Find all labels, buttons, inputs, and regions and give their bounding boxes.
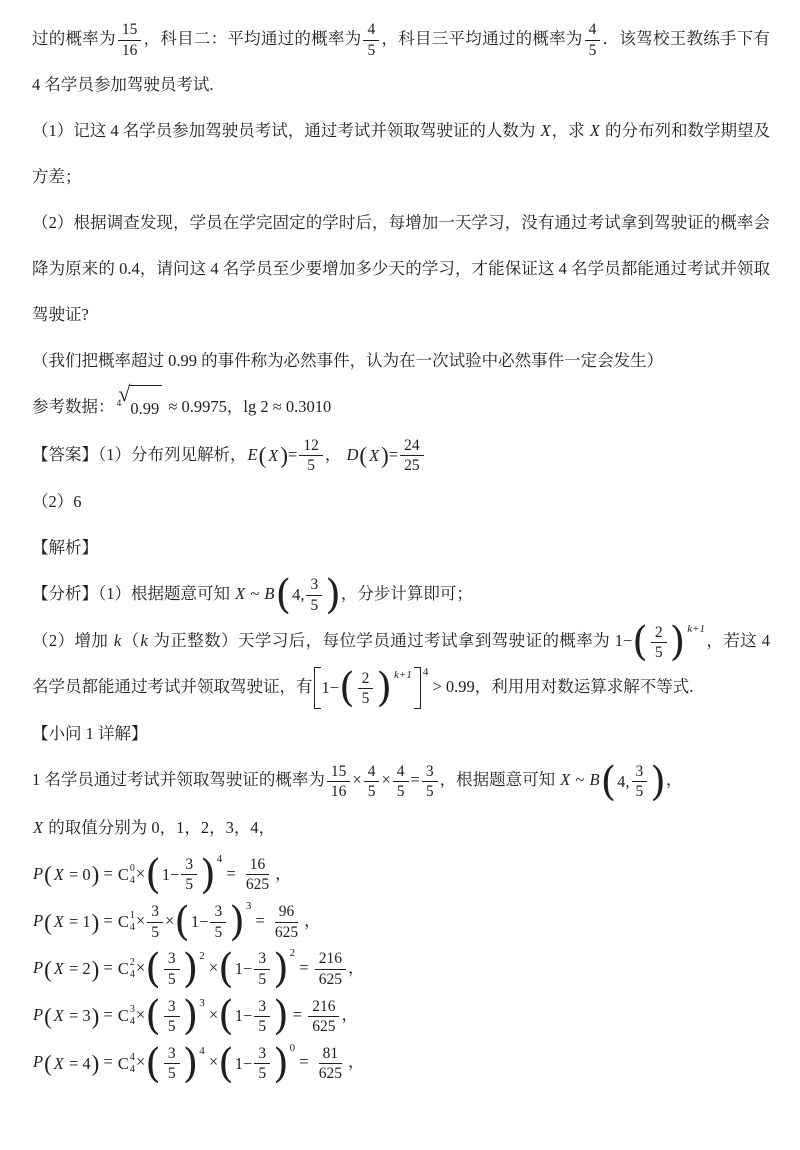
right-paren: ) <box>183 1044 199 1084</box>
denominator: 5 <box>303 456 319 475</box>
text-run: = <box>289 1005 307 1024</box>
numerator: 24 <box>400 436 424 456</box>
numerator: 81 <box>319 1044 343 1064</box>
numerator: 12 <box>299 436 323 456</box>
section-jiexi: 【解析】 <box>32 525 770 571</box>
text-run: （ <box>122 631 139 650</box>
numerator: 216 <box>315 949 346 969</box>
left-paren: ( <box>632 622 648 662</box>
text-run: = <box>99 1005 117 1024</box>
fraction: 35 <box>164 1044 180 1084</box>
fraction: 1516 <box>118 20 142 60</box>
text-run: × <box>136 911 145 930</box>
math-var: X <box>53 852 65 898</box>
combination-superscript: 0 <box>130 863 135 875</box>
numerator: 3 <box>306 575 322 595</box>
paren-group: (35)3 <box>145 996 204 1036</box>
group-content: 35 <box>161 949 183 989</box>
denominator: 5 <box>422 782 438 801</box>
right-paren: ) <box>183 996 199 1036</box>
left-paren: ( <box>145 855 161 895</box>
text-run: = <box>295 958 313 977</box>
denominator: 5 <box>585 41 601 60</box>
math-var: X <box>234 584 246 603</box>
combination-scripts: 14 <box>130 910 135 934</box>
denominator: 5 <box>632 782 648 801</box>
paren-group: (1−35)3 <box>174 899 251 945</box>
math-var: X <box>589 121 601 140</box>
text-run: （2）根据调查发现，学员在学完固定的学时后，每增加一天学习，没有通过考试拿到驾驶… <box>32 213 770 324</box>
analysis-2: （2）增加 k（k 为正整数）天学习后，每位学员通过考试拿到驾驶证的概率为 1−… <box>32 618 770 711</box>
paren-group: (25)k+1 <box>632 622 706 662</box>
paren-group: (4,35) <box>276 572 341 618</box>
denominator: 5 <box>164 1064 180 1083</box>
numerator: 96 <box>275 902 299 922</box>
denominator: 5 <box>164 1017 180 1036</box>
fraction: 1516 <box>327 762 351 802</box>
bracket-group: 1−(25)k+14 <box>313 665 429 711</box>
numerator: 2 <box>651 623 667 643</box>
paren-group: (X = 4) <box>44 1041 99 1087</box>
paren-group: (1−35)2 <box>218 946 295 992</box>
fraction: 216625 <box>315 949 346 989</box>
combination-base: C <box>118 852 129 898</box>
numerator: 4 <box>363 20 379 40</box>
text-run: = <box>411 770 420 789</box>
paren-group: (1−35)0 <box>218 1041 295 1087</box>
text-run: （我们把概率超过 0.99 的事件称为必然事件，认为在一次试验中必然事件一定会发… <box>32 351 663 370</box>
text-run: 参考数据： <box>32 397 115 416</box>
text-run: ，科目二：平均通过的概率为 <box>143 29 361 48</box>
denominator: 5 <box>181 875 197 894</box>
group-content: 25 <box>355 669 377 709</box>
radicand: 0.99 <box>129 385 162 432</box>
fraction: 25 <box>358 669 374 709</box>
fraction: 125 <box>299 436 323 476</box>
right-paren: ) <box>273 949 289 989</box>
numerator: 3 <box>164 1044 180 1064</box>
paren-group: (4,35) <box>601 759 666 805</box>
combination-subscript: 4 <box>130 1016 135 1028</box>
denominator: 625 <box>242 875 273 894</box>
combination-superscript: 1 <box>130 910 135 922</box>
left-paren: ( <box>44 863 52 886</box>
combination-superscript: 3 <box>130 1004 135 1016</box>
document-page: { "page": { "background": "#ffffff", "te… <box>0 0 800 1150</box>
numerator: 15 <box>118 20 142 40</box>
solution-probability: 1 名学员通过考试并领取驾驶证的概率为1516×45×45=35，根据题意可知 … <box>32 757 770 804</box>
text-run: × <box>205 958 218 977</box>
group-content: X <box>367 433 381 479</box>
denominator: 5 <box>164 970 180 989</box>
text-run: 过的概率为 <box>32 29 116 48</box>
right-paren: ) <box>183 949 199 989</box>
radical-index: 4 <box>117 381 122 427</box>
text-run: 1− <box>235 993 253 1039</box>
paren-group: (X) <box>359 433 388 479</box>
text-run: 为正整数）天学习后，每位学员通过考试拿到驾驶证的概率为 1− <box>149 631 632 650</box>
text-run: 【解析】 <box>32 538 98 557</box>
right-paren: ) <box>670 622 686 662</box>
left-paren: ( <box>44 1052 52 1075</box>
fraction: 16625 <box>242 855 273 895</box>
exponent: k+1 <box>393 669 413 681</box>
denominator: 5 <box>147 923 163 942</box>
fraction: 35 <box>164 949 180 989</box>
math-var: X <box>368 433 380 479</box>
text-run: ， <box>325 445 346 464</box>
left-paren: ( <box>259 444 267 467</box>
reference-data: 参考数据：4√0.99 ≈ 0.9975，lg 2 ≈ 0.3010 <box>32 384 770 432</box>
group-content: X = 3 <box>52 993 92 1039</box>
math-var: P <box>32 1005 44 1024</box>
right-bracket <box>414 667 421 709</box>
math-var: X <box>53 946 65 992</box>
left-paren: ( <box>218 949 234 989</box>
combination-scripts: 44 <box>130 1052 135 1076</box>
formula-p3: P(X = 3) = C34×(35)3 ×(1−35) = 216625， <box>32 992 770 1039</box>
text-run: = <box>251 911 269 930</box>
group-content: X = 4 <box>52 1041 92 1087</box>
fraction: 35 <box>254 1044 270 1084</box>
group-content: X = 0 <box>52 852 92 898</box>
math-var: k <box>140 631 149 650</box>
numerator: 15 <box>327 762 351 782</box>
text-run: × <box>136 1005 145 1024</box>
math-var: D <box>345 445 359 464</box>
fraction: 35 <box>254 997 270 1037</box>
text-run: ≈ 0.9975，lg 2 ≈ 0.3010 <box>164 397 331 416</box>
right-paren: ) <box>325 575 341 615</box>
text-run: × <box>165 911 174 930</box>
fraction: 35 <box>632 762 648 802</box>
text-run: × <box>205 1052 218 1071</box>
text-run: = <box>295 1052 313 1071</box>
math-var: B <box>263 584 275 603</box>
combination-base: C <box>118 946 129 992</box>
math-var: P <box>32 911 44 930</box>
fraction: 81625 <box>315 1044 346 1084</box>
radical: 4√0.99 <box>117 385 163 432</box>
paren-group: (25)k+1 <box>339 668 413 708</box>
group-content: 35 <box>161 997 183 1037</box>
text-run: 的取值分别为 0，1，2，3，4， <box>44 818 275 837</box>
text-run: 【答案】（1）分布列见解析， <box>32 445 247 464</box>
combination-scripts: 24 <box>130 957 135 981</box>
formula-p0: P(X = 0) = C04×(1−35)4 = 16625， <box>32 851 770 898</box>
formula-p1: P(X = 1) = C14×35×(1−35)3 = 96625， <box>32 898 770 945</box>
math-var: P <box>32 958 44 977</box>
numerator: 3 <box>422 762 438 782</box>
denominator: 625 <box>271 923 302 942</box>
fraction: 45 <box>393 762 409 802</box>
answer-line: 【答案】（1）分布列见解析，E(X)=125， D(X)=2425 <box>32 432 770 479</box>
formula-p2: P(X = 2) = C24×(35)2 ×(1−35)2 = 216625， <box>32 945 770 992</box>
answer-2: （2）6 <box>32 479 770 525</box>
text-run: × <box>352 770 361 789</box>
math-var: X <box>53 899 65 945</box>
fraction: 2425 <box>400 436 424 476</box>
left-paren: ( <box>145 949 161 989</box>
formula-p4: P(X = 4) = C44×(35)4 ×(1−35)0 = 81625， <box>32 1039 770 1086</box>
group-content: 4,35 <box>291 572 325 618</box>
denominator: 16 <box>118 41 142 60</box>
math-var: X <box>53 993 65 1039</box>
left-paren: ( <box>339 668 355 708</box>
text-run: = <box>288 445 297 464</box>
left-paren: ( <box>44 1005 52 1028</box>
group-content: 1−35 <box>234 993 273 1039</box>
fraction: 45 <box>363 20 379 60</box>
analysis-1: 【分析】（1）根据题意可知 X ~ B(4,35)，分步计算即可； <box>32 571 770 618</box>
text-run: = <box>222 864 240 883</box>
text-run: ，分步计算即可； <box>341 584 473 603</box>
combination-scripts: 34 <box>130 1004 135 1028</box>
numerator: 16 <box>246 855 270 875</box>
left-paren: ( <box>218 1044 234 1084</box>
numerator: 216 <box>308 997 339 1017</box>
math-var: X <box>32 818 44 837</box>
text-run: × <box>205 1005 218 1024</box>
text-run: 【小问 1 详解】 <box>32 724 148 743</box>
combination-symbol: C04 <box>118 852 135 898</box>
group-content: 1−(25)k+1 <box>321 665 414 711</box>
denominator: 625 <box>315 1064 346 1083</box>
denominator: 5 <box>393 782 409 801</box>
text-run: （1）记这 4 名学员参加驾驶员考试，通过考试并领取驾驶证的人数为 <box>32 121 540 140</box>
text-run: = <box>99 911 117 930</box>
text-run: = 1 <box>65 899 91 945</box>
fraction: 35 <box>254 949 270 989</box>
denominator: 5 <box>651 643 667 662</box>
paren-group: (35)2 <box>145 949 204 989</box>
combination-subscript: 4 <box>130 969 135 981</box>
math-var: B <box>588 770 600 789</box>
denominator: 625 <box>315 970 346 989</box>
text-run: × <box>136 1052 145 1071</box>
group-content: X <box>266 433 280 479</box>
group-content: 1−35 <box>161 852 200 898</box>
group-content: 1−35 <box>234 1041 273 1087</box>
combination-scripts: 04 <box>130 863 135 887</box>
left-paren: ( <box>218 996 234 1036</box>
text-run: ， <box>341 1005 358 1024</box>
text-run: 1 名学员通过考试并领取驾驶证的概率为 <box>32 770 325 789</box>
group-content: 35 <box>161 1044 183 1084</box>
fraction: 25 <box>651 623 667 663</box>
text-run: ， <box>348 1052 365 1071</box>
text-run: ~ <box>246 584 263 603</box>
numerator: 4 <box>585 20 601 40</box>
text-run: × <box>136 958 145 977</box>
left-paren: ( <box>145 996 161 1036</box>
numerator: 3 <box>254 949 270 969</box>
combination-symbol: C14 <box>118 899 135 945</box>
group-content: 25 <box>648 623 670 663</box>
question-1: （1）记这 4 名学员参加驾驶员考试，通过考试并领取驾驶证的人数为 X，求 X … <box>32 108 770 200</box>
paren-group: (X = 1) <box>44 899 99 945</box>
combination-subscript: 4 <box>130 922 135 934</box>
right-paren: ) <box>376 668 392 708</box>
math-var: X <box>53 1041 65 1087</box>
paren-group: (1−35)4 <box>145 852 222 898</box>
combination-base: C <box>118 1041 129 1087</box>
left-paren: ( <box>44 958 52 981</box>
paren-group: (X = 2) <box>44 946 99 992</box>
text-run: 1− <box>235 1041 253 1087</box>
right-paren: ) <box>200 855 216 895</box>
denominator: 5 <box>254 970 270 989</box>
combination-superscript: 4 <box>130 1052 135 1064</box>
left-paren: ( <box>601 762 617 802</box>
group-content: X = 1 <box>52 899 92 945</box>
text-run: 4, <box>292 572 304 618</box>
question-2-note: （我们把概率超过 0.99 的事件称为必然事件，认为在一次试验中必然事件一定会发… <box>32 338 770 384</box>
text-run: = 4 <box>65 1041 91 1087</box>
numerator: 3 <box>632 762 648 782</box>
right-paren: ) <box>381 444 389 467</box>
combination-superscript: 2 <box>130 957 135 969</box>
paren-group: (X = 0) <box>44 852 99 898</box>
text-run: × <box>136 864 145 883</box>
left-bracket <box>314 667 321 709</box>
text-run: = <box>99 864 117 883</box>
numerator: 4 <box>364 762 380 782</box>
denominator: 5 <box>254 1017 270 1036</box>
denominator: 5 <box>358 689 374 708</box>
group-content: 1−35 <box>234 946 273 992</box>
x-values: X 的取值分别为 0，1，2，3，4， <box>32 805 770 851</box>
problem-statement-continued: 过的概率为1516，科目二：平均通过的概率为45，科目三平均通过的概率为45．该… <box>32 16 770 108</box>
combination-symbol: C44 <box>118 1041 135 1087</box>
denominator: 25 <box>400 456 424 475</box>
combination-subscript: 4 <box>130 1064 135 1076</box>
question-2: （2）根据调查发现，学员在学完固定的学时后，每增加一天学习，没有通过考试拿到驾驶… <box>32 200 770 338</box>
paren-group: (X = 3) <box>44 993 99 1039</box>
text-run: （2）6 <box>32 492 82 511</box>
math-var: X <box>540 121 552 140</box>
text-run: 1− <box>162 852 180 898</box>
group-content: 1−35 <box>190 899 229 945</box>
text-run: ，根据题意可知 <box>440 770 560 789</box>
document-body: 过的概率为1516，科目二：平均通过的概率为45，科目三平均通过的概率为45．该… <box>0 0 800 1087</box>
combination-base: C <box>118 993 129 1039</box>
denominator: 625 <box>308 1017 339 1036</box>
math-var: P <box>32 864 44 883</box>
combination-symbol: C34 <box>118 993 135 1039</box>
numerator: 2 <box>358 669 374 689</box>
text-run: 【分析】（1）根据题意可知 <box>32 584 234 603</box>
text-run: ~ <box>571 770 588 789</box>
denominator: 16 <box>327 782 351 801</box>
numerator: 3 <box>254 1044 270 1064</box>
denominator: 5 <box>210 923 226 942</box>
denominator: 5 <box>363 41 379 60</box>
text-run: ， <box>666 770 683 789</box>
numerator: 3 <box>181 855 197 875</box>
text-run: （2）增加 <box>32 631 113 650</box>
text-run: 1− <box>322 665 340 711</box>
text-run: ， <box>275 864 292 883</box>
text-run: 1− <box>235 946 253 992</box>
paren-group: (X) <box>259 433 288 479</box>
fraction: 35 <box>422 762 438 802</box>
paren-group: (35)4 <box>145 1044 204 1084</box>
text-run: = 2 <box>65 946 91 992</box>
numerator: 4 <box>393 762 409 782</box>
left-paren: ( <box>145 1044 161 1084</box>
numerator: 3 <box>147 902 163 922</box>
numerator: 3 <box>164 997 180 1017</box>
math-var: E <box>247 445 259 464</box>
text-run: = <box>389 445 398 464</box>
left-paren: ( <box>174 902 190 942</box>
numerator: 3 <box>210 902 226 922</box>
combination-subscript: 4 <box>130 875 135 887</box>
right-paren: ) <box>273 1044 289 1084</box>
denominator: 5 <box>254 1064 270 1083</box>
text-run: = 3 <box>65 993 91 1039</box>
paren-group: (1−35) <box>218 993 289 1039</box>
right-paren: ) <box>229 902 245 942</box>
text-run: ， <box>348 958 365 977</box>
math-var: X <box>559 770 571 789</box>
numerator: 3 <box>254 997 270 1017</box>
fraction: 216625 <box>308 997 339 1037</box>
text-run: ，科目三平均通过的概率为 <box>381 29 582 48</box>
fraction: 96625 <box>271 902 302 942</box>
text-run: > 0.99，利用用对数运算求解不等式. <box>428 677 693 696</box>
fraction: 35 <box>181 855 197 895</box>
denominator: 5 <box>306 596 322 615</box>
fraction: 35 <box>210 902 226 942</box>
denominator: 5 <box>364 782 380 801</box>
fraction: 45 <box>585 20 601 60</box>
fraction: 35 <box>306 575 322 615</box>
section-subquestion-1: 【小问 1 详解】 <box>32 711 770 757</box>
group-content: X = 2 <box>52 946 92 992</box>
right-paren: ) <box>650 762 666 802</box>
text-run: 4, <box>617 759 629 805</box>
text-run: ， <box>304 911 321 930</box>
numerator: 3 <box>164 949 180 969</box>
text-run: = 0 <box>65 852 91 898</box>
right-paren: ) <box>280 444 288 467</box>
text-run: = <box>99 1052 117 1071</box>
left-paren: ( <box>44 911 52 934</box>
text-run: ，求 <box>552 121 589 140</box>
text-run: = <box>99 958 117 977</box>
math-var: X <box>267 433 279 479</box>
text-run: × <box>381 770 390 789</box>
fraction: 35 <box>147 902 163 942</box>
left-paren: ( <box>359 444 367 467</box>
fraction: 35 <box>164 997 180 1037</box>
math-var: P <box>32 1052 44 1071</box>
combination-symbol: C24 <box>118 946 135 992</box>
fraction: 45 <box>364 762 380 802</box>
left-paren: ( <box>276 575 292 615</box>
right-paren: ) <box>273 996 289 1036</box>
math-var: k <box>113 631 122 650</box>
group-content: 4,35 <box>616 759 650 805</box>
exponent: k+1 <box>686 623 706 635</box>
text-run: 1− <box>191 899 209 945</box>
combination-base: C <box>118 899 129 945</box>
